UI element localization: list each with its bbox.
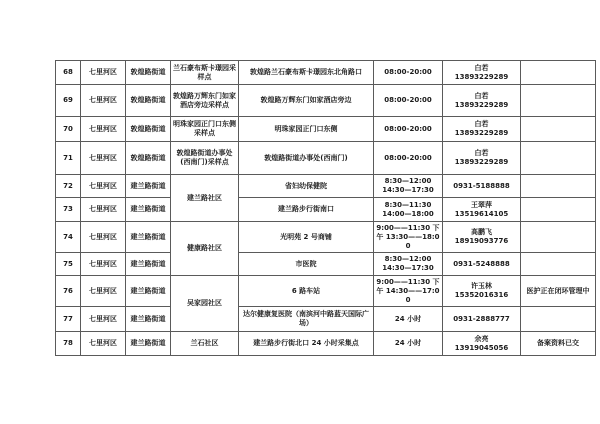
cell-note (521, 142, 596, 175)
cell-no: 73 (56, 198, 81, 222)
cell-time: 08:00-20:00 (374, 85, 443, 117)
cell-note: 医护正在闭环管理中 (521, 276, 596, 307)
cell-street: 敦煌路街道 (126, 117, 171, 142)
cell-street: 建兰路街道 (126, 198, 171, 222)
cell-no: 68 (56, 61, 81, 85)
cell-note (521, 175, 596, 198)
table-row: 70 七里河区 敦煌路街道 明珠家园正门口东侧采样点 明珠家园正门口东侧 08:… (56, 117, 596, 142)
cell-district: 七里河区 (81, 332, 126, 356)
table-row: 76 七里河区 建兰路街道 吴家园社区 6 路车站 9:00——11:30 下午… (56, 276, 596, 307)
cell-community: 敦煌路万辉东门如家酒店旁边采样点 (171, 85, 239, 117)
document-page: 68 七里河区 敦煌路街道 兰石豪布斯卡璟园采样点 敦煌路兰石豪布斯卡璟园东北角… (0, 0, 600, 424)
cell-site: 市医院 (239, 253, 374, 276)
cell-time: 8:30—12:00 14:30—17:30 (374, 175, 443, 198)
cell-street: 敦煌路街道 (126, 61, 171, 85)
cell-contact: 0931-5248888 (443, 253, 521, 276)
cell-site: 明珠家园正门口东侧 (239, 117, 374, 142)
cell-contact: 白若 13893229289 (443, 142, 521, 175)
cell-note (521, 253, 596, 276)
cell-street: 敦煌路街道 (126, 85, 171, 117)
cell-community: 建兰路社区 (171, 175, 239, 222)
cell-street: 建兰路街道 (126, 276, 171, 307)
cell-no: 76 (56, 276, 81, 307)
cell-district: 七里河区 (81, 61, 126, 85)
cell-no: 72 (56, 175, 81, 198)
table-row: 68 七里河区 敦煌路街道 兰石豪布斯卡璟园采样点 敦煌路兰石豪布斯卡璟园东北角… (56, 61, 596, 85)
cell-contact: 0931-5188888 (443, 175, 521, 198)
cell-time: 9:00——11:30 下午 13:30——18:00 (374, 222, 443, 253)
cell-site: 6 路车站 (239, 276, 374, 307)
cell-note (521, 117, 596, 142)
cell-time: 08:00-20:00 (374, 117, 443, 142)
cell-community: 兰石豪布斯卡璟园采样点 (171, 61, 239, 85)
cell-time: 9:00——11:30 下午 14:30——17:00 (374, 276, 443, 307)
cell-contact: 许玉林 15352016316 (443, 276, 521, 307)
cell-district: 七里河区 (81, 198, 126, 222)
table-row: 77 七里河区 建兰路街道 达尔健康复医院（南滨河中路蓝天国际广场） 24 小时… (56, 307, 596, 332)
cell-time: 24 小时 (374, 307, 443, 332)
cell-district: 七里河区 (81, 276, 126, 307)
cell-time: 08:00-20:00 (374, 142, 443, 175)
cell-district: 七里河区 (81, 142, 126, 175)
cell-site: 光明苑 2 号商铺 (239, 222, 374, 253)
cell-contact: 王翠萍 13519614105 (443, 198, 521, 222)
cell-street: 建兰路街道 (126, 253, 171, 276)
sampling-sites-table: 68 七里河区 敦煌路街道 兰石豪布斯卡璟园采样点 敦煌路兰石豪布斯卡璟园东北角… (55, 60, 596, 356)
table-row: 72 七里河区 建兰路街道 建兰路社区 省妇幼保健院 8:30—12:00 14… (56, 175, 596, 198)
table-row: 71 七里河区 敦煌路街道 敦煌路街道办事处(西南门)采样点 敦煌路街道办事处(… (56, 142, 596, 175)
cell-no: 75 (56, 253, 81, 276)
table-row: 73 七里河区 建兰路街道 建兰路步行街南口 8:30—11:30 14:00—… (56, 198, 596, 222)
cell-no: 78 (56, 332, 81, 356)
cell-time: 08:00-20:00 (374, 61, 443, 85)
cell-contact: 白若 13893229289 (443, 85, 521, 117)
cell-site: 省妇幼保健院 (239, 175, 374, 198)
cell-street: 建兰路街道 (126, 222, 171, 253)
cell-street: 建兰路街道 (126, 175, 171, 198)
cell-district: 七里河区 (81, 222, 126, 253)
cell-community: 兰石社区 (171, 332, 239, 356)
cell-note (521, 198, 596, 222)
cell-time: 24 小时 (374, 332, 443, 356)
cell-contact: 0931-2888777 (443, 307, 521, 332)
cell-site: 敦煌路街道办事处(西南门) (239, 142, 374, 175)
cell-time: 8:30—11:30 14:00—18:00 (374, 198, 443, 222)
cell-no: 77 (56, 307, 81, 332)
cell-street: 敦煌路街道 (126, 142, 171, 175)
cell-note (521, 61, 596, 85)
cell-district: 七里河区 (81, 253, 126, 276)
cell-street: 建兰路街道 (126, 307, 171, 332)
cell-district: 七里河区 (81, 307, 126, 332)
cell-contact: 高鹏飞 18919093776 (443, 222, 521, 253)
cell-community: 健康路社区 (171, 222, 239, 276)
cell-community: 敦煌路街道办事处(西南门)采样点 (171, 142, 239, 175)
table-row: 69 七里河区 敦煌路街道 敦煌路万辉东门如家酒店旁边采样点 敦煌路万辉东门如家… (56, 85, 596, 117)
cell-note (521, 307, 596, 332)
cell-district: 七里河区 (81, 85, 126, 117)
cell-site: 达尔健康复医院（南滨河中路蓝天国际广场） (239, 307, 374, 332)
cell-time: 8:30—12:00 14:30—17:30 (374, 253, 443, 276)
cell-contact: 余亮 13919045056 (443, 332, 521, 356)
cell-site: 敦煌路万辉东门如家酒店旁边 (239, 85, 374, 117)
cell-site: 建兰路步行街南口 (239, 198, 374, 222)
cell-district: 七里河区 (81, 175, 126, 198)
table-row: 74 七里河区 建兰路街道 健康路社区 光明苑 2 号商铺 9:00——11:3… (56, 222, 596, 253)
cell-community: 吴家园社区 (171, 276, 239, 332)
cell-no: 74 (56, 222, 81, 253)
table-row: 75 七里河区 建兰路街道 市医院 8:30—12:00 14:30—17:30… (56, 253, 596, 276)
cell-no: 69 (56, 85, 81, 117)
cell-note (521, 222, 596, 253)
cell-site: 建兰路步行街北口 24 小时采集点 (239, 332, 374, 356)
cell-street: 建兰路街道 (126, 332, 171, 356)
cell-contact: 白若 13893229289 (443, 61, 521, 85)
table-row: 78 七里河区 建兰路街道 兰石社区 建兰路步行街北口 24 小时采集点 24 … (56, 332, 596, 356)
cell-district: 七里河区 (81, 117, 126, 142)
cell-note (521, 85, 596, 117)
cell-site: 敦煌路兰石豪布斯卡璟园东北角路口 (239, 61, 374, 85)
cell-community: 明珠家园正门口东侧采样点 (171, 117, 239, 142)
cell-no: 70 (56, 117, 81, 142)
cell-note: 备案资料已交 (521, 332, 596, 356)
cell-contact: 白若 13893229289 (443, 117, 521, 142)
cell-no: 71 (56, 142, 81, 175)
